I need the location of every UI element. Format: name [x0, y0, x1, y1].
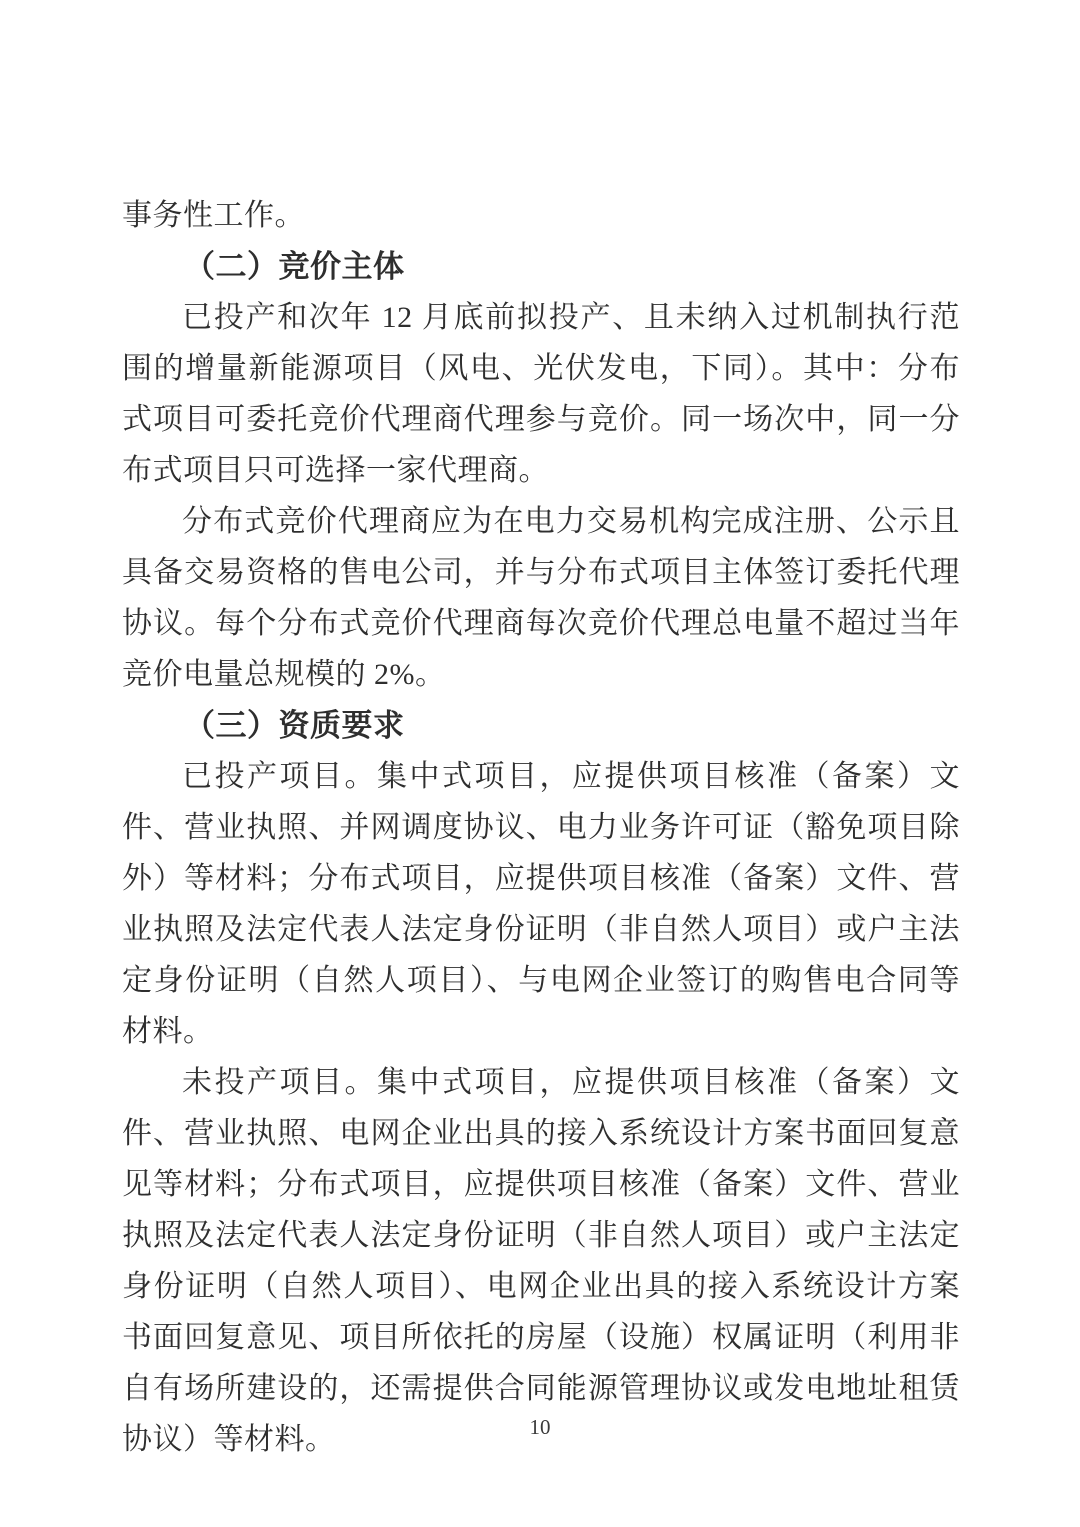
document-body: 事务性工作。 （二）竞价主体 已投产和次年 12 月底前拟投产、且未纳入过机制执… [122, 190, 960, 1465]
paragraph-continuation: 事务性工作。 [122, 190, 960, 241]
paragraph-qualification-1: 已投产项目。集中式项目，应提供项目核准（备案）文件、营业执照、并网调度协议、电力… [122, 751, 960, 1057]
paragraph-qualification-2: 未投产项目。集中式项目，应提供项目核准（备案）文件、营业执照、电网企业出具的接入… [122, 1057, 960, 1465]
document-page: 事务性工作。 （二）竞价主体 已投产和次年 12 月底前拟投产、且未纳入过机制执… [0, 0, 1080, 1527]
page-number: 10 [0, 1415, 1080, 1440]
paragraph-bidding-subjects-2: 分布式竞价代理商应为在电力交易机构完成注册、公示且具备交易资格的售电公司，并与分… [122, 496, 960, 700]
paragraph-bidding-subjects-1: 已投产和次年 12 月底前拟投产、且未纳入过机制执行范围的增量新能源项目（风电、… [122, 292, 960, 496]
section-heading-bidding-subjects: （二）竞价主体 [122, 241, 960, 292]
section-heading-qualification-requirements: （三）资质要求 [122, 700, 960, 751]
